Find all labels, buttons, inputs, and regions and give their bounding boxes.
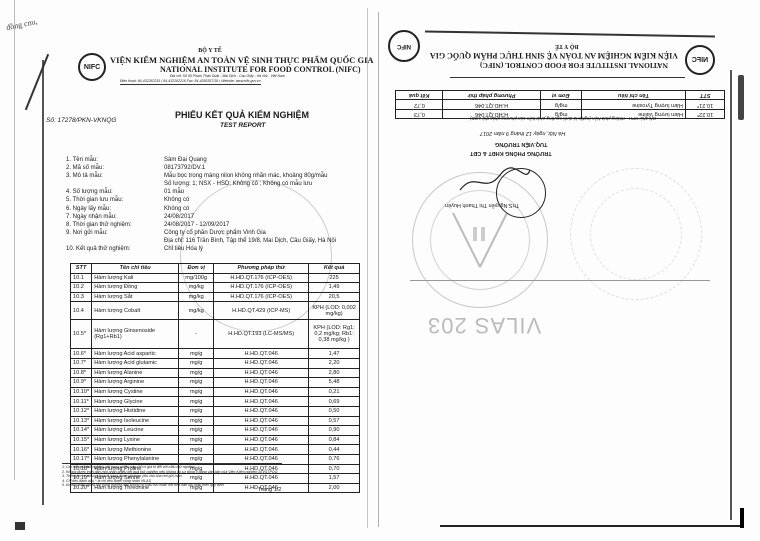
table-cell: Hàm lượng Đồng bbox=[92, 283, 179, 293]
institute-contact: Điện thoại: 84-432262215 / 84-432262216 … bbox=[120, 79, 261, 85]
info-row: 6. Ngày lấy mẫu:Không có bbox=[66, 205, 336, 213]
table-cell: H.HD.QT.046 bbox=[443, 100, 540, 109]
column-header: Phương pháp thử bbox=[443, 91, 540, 100]
table-cell: 2,80 bbox=[309, 368, 360, 378]
table-cell: mg/g bbox=[179, 426, 214, 436]
info-label: 4. Số lượng mẫu: bbox=[66, 188, 164, 196]
table-cell: mg/g bbox=[179, 397, 214, 407]
scan-corner-mark bbox=[740, 508, 744, 528]
table-cell: 10.2 bbox=[71, 283, 92, 293]
official-seal-faded-inner bbox=[590, 188, 682, 280]
page-edge bbox=[440, 525, 740, 527]
table-cell-text: 10.21* bbox=[697, 102, 713, 108]
institute-name-vi: VIỆN KIỂM NGHIỆM AN TOÀN VỆ SINH THỰC PH… bbox=[110, 55, 374, 65]
table-cell: Hàm lượng Acid glutamic bbox=[92, 358, 179, 368]
info-value: Không có bbox=[164, 196, 189, 204]
footnote: Ghi chú: KPH - Không phát hiện (nghĩa là… bbox=[470, 116, 656, 121]
table-cell: 10.14* bbox=[71, 426, 92, 436]
info-row: 2. Mã số mẫu:08173792/DV.1 bbox=[66, 164, 336, 172]
table-cell: mg/kg bbox=[179, 302, 214, 320]
column-header: STT bbox=[685, 91, 724, 100]
page-edge bbox=[14, 0, 15, 480]
table-cell: Hàm lượng Histidine bbox=[92, 406, 179, 416]
column-header: Đơn vị bbox=[540, 91, 582, 100]
table-cell: Hàm lượng Acid aspartic bbox=[92, 349, 179, 359]
report-notes: 1. Các kết quả thử nghiệm ghi trong phiế… bbox=[62, 463, 282, 488]
info-value: 08173792/DV.1 bbox=[164, 164, 205, 172]
info-value: Mẫu bọc trong màng nilon không nhãn mác,… bbox=[164, 172, 327, 180]
table-cell: mg/g bbox=[179, 435, 214, 445]
table-cell: mg/g bbox=[179, 445, 214, 455]
column-header-text: Đơn vị bbox=[552, 92, 569, 98]
info-row: 1. Tên mẫu:Sâm Đại Quang bbox=[66, 156, 336, 164]
table-row: 10.1Hàm lượng Kalimg/100gH.HD.QT.176 (IC… bbox=[71, 273, 360, 283]
table-row: 10.9*Hàm lượng Argininemg/gH.HD.QT.0465,… bbox=[71, 378, 360, 388]
table-cell: 10.11* bbox=[71, 397, 92, 407]
table-cell: Hàm lượng Methionine bbox=[92, 445, 179, 455]
ministry-label: BỘ Y TẾ bbox=[555, 43, 578, 49]
page-edge bbox=[730, 70, 732, 520]
table-cell: H.HD.QT.046 bbox=[214, 416, 309, 426]
table-cell: H.HD.QT.046 bbox=[214, 378, 309, 388]
results-table: STTTên chỉ tiêuĐơn vịPhương pháp thửKết … bbox=[70, 263, 360, 493]
document-number: Số: 17278/PKN-VKNQG bbox=[46, 117, 116, 124]
table-row: 10.12*Hàm lượng Histidinemg/gH.HD.QT.046… bbox=[71, 406, 360, 416]
table-cell: 10.10* bbox=[71, 387, 92, 397]
report-title-vi: PHIẾU KẾT QUẢ KIỂM NGHIỆM bbox=[175, 110, 309, 120]
table-cell: mg/g bbox=[179, 406, 214, 416]
info-value: Chỉ tiêu Hóa lý bbox=[164, 245, 203, 253]
nifc-logo-icon: NIFC bbox=[78, 53, 106, 81]
info-label: 7. Ngày nhận mẫu: bbox=[66, 213, 164, 221]
table-cell: 10.4 bbox=[71, 302, 92, 320]
signer-name: ThS.Nguyễn Thị Thanh Huyền bbox=[445, 202, 519, 208]
table-row: 10.11*Hàm lượng Glycinemg/gH.HD.QT.0460,… bbox=[71, 397, 360, 407]
info-label: 5. Thời gian lưu mẫu: bbox=[66, 196, 164, 204]
table-cell-text: 0,72 bbox=[414, 102, 425, 108]
info-value: Không có bbox=[164, 205, 189, 213]
table-cell: H.HD.QT.046 bbox=[214, 387, 309, 397]
table-cell: H.HD.QT.046 bbox=[214, 358, 309, 368]
report-title-en: TEST REPORT bbox=[220, 122, 265, 129]
column-header: Phương pháp thử bbox=[214, 264, 309, 274]
table-cell: 10.22* bbox=[685, 109, 724, 118]
table-cell: mg/g bbox=[179, 349, 214, 359]
table-cell: Hàm lượng Cystine bbox=[92, 387, 179, 397]
institute-header-mirrored: NIFC BỘ Y TẾ VIỆN KIỂM NGHIỆM AN TOÀN VỆ… bbox=[430, 43, 715, 79]
table-cell: H.HD.QT.046 bbox=[214, 368, 309, 378]
table-cell-text: H.HD.QT.046 bbox=[475, 102, 508, 108]
table-cell: 1,47 bbox=[309, 349, 360, 359]
table-cell: 0,90 bbox=[309, 426, 360, 436]
table-cell: H.HD.QT.193 (LC-MS/MS) bbox=[214, 320, 309, 349]
table-cell: 0,21 bbox=[309, 387, 360, 397]
info-row: 10. Kết quả thử nghiệm:Chỉ tiêu Hóa lý bbox=[66, 245, 336, 253]
table-row: 10.4Hàm lượng Cobaltmg/kgH.HD.QT.429 (IC… bbox=[71, 302, 360, 320]
table-row: 10.13*Hàm lượng Isoleucinemg/gH.HD.QT.04… bbox=[71, 416, 360, 426]
table-row: 10.14*Hàm lượng Leucinemg/gH.HD.QT.0460,… bbox=[71, 426, 360, 436]
table-row: 10.5*Hàm lượng Ginsenoside (Rg1+Rb1)-H.H… bbox=[71, 320, 360, 349]
column-header: Kết quả bbox=[396, 91, 443, 100]
table-cell: 10.9* bbox=[71, 378, 92, 388]
table-cell: 2,00 bbox=[309, 483, 360, 493]
table-cell: Hàm lượng Lysine bbox=[92, 435, 179, 445]
info-value: Sâm Đại Quang bbox=[164, 156, 207, 164]
table-cell: Hàm lượng Leucine bbox=[92, 426, 179, 436]
table-row: 10.6*Hàm lượng Acid asparticmg/gH.HD.QT.… bbox=[71, 349, 360, 359]
info-value: 24/08/2017 bbox=[164, 213, 194, 221]
table-cell-text: mg/g bbox=[555, 102, 567, 108]
results-table-continued: Kết quảPhương pháp thửĐơn vịTên chỉ tiêu… bbox=[395, 90, 725, 119]
table-cell-text: 0,73 bbox=[414, 111, 425, 117]
table-cell: 0,57 bbox=[309, 416, 360, 426]
table-row: 10.15*Hàm lượng Lysinemg/gH.HD.QT.0460,8… bbox=[71, 435, 360, 445]
table-cell: Hàm lượng Cobalt bbox=[92, 302, 179, 320]
info-row: 3. Mô tả mẫu:Mẫu bọc trong màng nilon kh… bbox=[66, 172, 336, 180]
test-report-page-1: NIFC BỘ Y TẾ VIỆN KIỂM NGHIỆM AN TOÀN VỆ… bbox=[20, 40, 355, 480]
column-header: STT bbox=[71, 264, 92, 274]
table-cell: H.HD.QT.046 bbox=[214, 349, 309, 359]
table-cell: 0,76 bbox=[309, 454, 360, 464]
column-header-text: STT bbox=[700, 92, 711, 98]
table-cell: 225 bbox=[309, 273, 360, 283]
info-row: 9. Nơi gửi mẫu:Công ty cổ phần Dược phẩm… bbox=[66, 229, 336, 237]
table-cell: Hàm lượng Alanine bbox=[92, 368, 179, 378]
table-cell: H.HD.QT.046 bbox=[214, 426, 309, 436]
table-cell: 10.8* bbox=[71, 368, 92, 378]
column-header-text: Phương pháp thử bbox=[468, 92, 515, 98]
table-cell: mg/kg bbox=[179, 283, 214, 293]
table-row: 10.3Hàm lượng Sắtmg/kgH.HD.QT.176 (ICP-O… bbox=[71, 292, 360, 302]
table-cell: 1,49 bbox=[309, 283, 360, 293]
table-cell: H.HD.QT.429 (ICP-MS) bbox=[214, 302, 309, 320]
table-cell: H.HD.QT.176 (ICP-OES) bbox=[214, 273, 309, 283]
column-header: Tên chỉ tiêu bbox=[582, 91, 686, 100]
table-cell: 10.7* bbox=[71, 358, 92, 368]
table-cell: H.HD.QT.176 (ICP-OES) bbox=[214, 292, 309, 302]
signer-department: TRƯỞNG PHÒNG KHĐT & CĐT bbox=[470, 150, 552, 156]
table-cell: 0,73 bbox=[396, 109, 443, 118]
table-cell: 10.13* bbox=[71, 416, 92, 426]
table-row: 10.8*Hàm lượng Alaninemg/gH.HD.QT.0462,8… bbox=[71, 368, 360, 378]
table-cell: 0,44 bbox=[309, 445, 360, 455]
table-row: 0,72H.HD.QT.046mg/gHàm lượng Tyrosine10.… bbox=[396, 100, 725, 109]
table-cell-text: 10.22* bbox=[697, 111, 713, 117]
info-value-continued: Địa chỉ: 116 Trần Bình, Tập thể 19/8, Ma… bbox=[66, 237, 336, 245]
table-cell: 0,69 bbox=[309, 397, 360, 407]
signer-title: TUQ.VIỆN TRƯỞNG bbox=[495, 141, 547, 147]
info-label: 6. Ngày lấy mẫu: bbox=[66, 205, 164, 213]
table-cell: 10.15* bbox=[71, 435, 92, 445]
column-header: Tên chỉ tiêu bbox=[92, 264, 179, 274]
table-cell: mg/g bbox=[179, 378, 214, 388]
table-cell: 1,57 bbox=[309, 474, 360, 484]
vilas-label: VILAS 203 bbox=[427, 312, 541, 338]
table-cell: Hàm lượng Ginsenoside (Rg1+Rb1) bbox=[92, 320, 179, 349]
table-cell: 0,72 bbox=[396, 100, 443, 109]
table-row: 10.2Hàm lượng Đồngmg/kgH.HD.QT.176 (ICP-… bbox=[71, 283, 360, 293]
table-cell: Hàm lượng Isoleucine bbox=[92, 416, 179, 426]
info-label: 8. Thời gian thử nghiệm: bbox=[66, 221, 164, 229]
info-value-continued: Số lượng: 1; NSX - HSD: Không có ; Không… bbox=[66, 180, 336, 188]
table-cell: mg/kg bbox=[179, 292, 214, 302]
table-cell: 5,48 bbox=[309, 378, 360, 388]
table-row: 10.7*Hàm lượng Acid glutamicmg/gH.HD.QT.… bbox=[71, 358, 360, 368]
accreditation-triangle-icon bbox=[445, 205, 515, 275]
info-value: Công ty cổ phần Dược phẩm Vinh Gia bbox=[164, 229, 266, 237]
info-label: 10. Kết quả thử nghiệm: bbox=[66, 245, 164, 253]
page-divider bbox=[367, 8, 368, 528]
info-row: 7. Ngày nhận mẫu:24/08/2017 bbox=[66, 213, 336, 221]
header-rule bbox=[450, 77, 685, 78]
table-cell: KPH (LOD: Rg1: 0,2 mg/kg; Rb1: 0,38 mg/k… bbox=[309, 320, 360, 349]
signature-icon bbox=[455, 165, 535, 195]
table-cell: H.HD.QT.046 bbox=[214, 445, 309, 455]
table-cell: mg/g bbox=[179, 387, 214, 397]
table-cell: - bbox=[179, 320, 214, 349]
info-label: 9. Nơi gửi mẫu: bbox=[66, 229, 164, 237]
column-header: Kết quả bbox=[309, 264, 360, 274]
table-cell: mg/g bbox=[540, 100, 582, 109]
info-value: 01 mẫu bbox=[164, 188, 184, 196]
handwritten-note: đồng cnu, bbox=[5, 17, 38, 32]
page-shadow bbox=[738, 75, 744, 120]
note-line: 5. Không nhận khiếu nại trong trường hợp… bbox=[62, 483, 282, 488]
table-cell: mg/g bbox=[179, 416, 214, 426]
table-cell: H.HD.QT.046 bbox=[214, 435, 309, 445]
table-cell: Hàm lượng Sắt bbox=[92, 292, 179, 302]
table-cell: 0,50 bbox=[309, 406, 360, 416]
institute-name-en: NATIONAL INSTITUTE FOR FOOD CONTROL (NIF… bbox=[480, 61, 668, 70]
table-cell: 10.1 bbox=[71, 273, 92, 283]
table-cell: mg/100g bbox=[179, 273, 214, 283]
table-cell: 0,70 bbox=[309, 464, 360, 474]
sample-info: 1. Tên mẫu:Sâm Đại Quang2. Mã số mẫu:081… bbox=[66, 156, 336, 253]
page-edge bbox=[425, 30, 715, 37]
table-cell: 0,84 bbox=[309, 435, 360, 445]
paper-fold bbox=[410, 280, 710, 281]
table-cell: 10.16* bbox=[71, 445, 92, 455]
table-cell: KPH (LOD: 0,002 mg/kg) bbox=[309, 302, 360, 320]
ministry-label: BỘ Y TẾ bbox=[60, 48, 360, 54]
institute-name-vi: VIỆN KIỂM NGHIỆM AN TOÀN VỆ SINH THỰC PH… bbox=[430, 51, 678, 60]
table-cell: mg/g bbox=[179, 368, 214, 378]
nifc-logo-icon: NIFC bbox=[685, 45, 715, 75]
column-header-text: Tên chỉ tiêu bbox=[618, 92, 649, 98]
table-cell: H.HD.QT.176 (ICP-OES) bbox=[214, 283, 309, 293]
info-row: 8. Thời gian thử nghiệm:24/08/2017 - 12/… bbox=[66, 221, 336, 229]
info-row: 4. Số lượng mẫu:01 mẫu bbox=[66, 188, 336, 196]
table-cell-text: Hàm lượng Tyrosine bbox=[632, 102, 683, 108]
scan-corner-mark bbox=[15, 522, 25, 530]
info-row: 5. Thời gian lưu mẫu:Không có bbox=[66, 196, 336, 204]
date-line: Hà Nội, ngày 12 tháng 9 năm 2017 bbox=[480, 130, 565, 136]
table-cell: H.HD.QT.046 bbox=[214, 397, 309, 407]
table-cell: mg/g bbox=[179, 358, 214, 368]
info-label: 1. Tên mẫu: bbox=[66, 156, 164, 164]
info-label: 2. Mã số mẫu: bbox=[66, 164, 164, 172]
column-header: Đơn vị bbox=[179, 264, 214, 274]
info-label: 3. Mô tả mẫu: bbox=[66, 172, 164, 180]
table-row: 10.10*Hàm lượng Cystinemg/gH.HD.QT.0460,… bbox=[71, 387, 360, 397]
table-cell: 10.5* bbox=[71, 320, 92, 349]
table-cell: Hàm lượng Tyrosine bbox=[582, 100, 686, 109]
table-cell: H.HD.QT.046 bbox=[214, 406, 309, 416]
table-cell: Hàm lượng Kali bbox=[92, 273, 179, 283]
table-cell: Hàm lượng Arginine bbox=[92, 378, 179, 388]
table-cell: 2,20 bbox=[309, 358, 360, 368]
table-cell: 20,5 bbox=[309, 292, 360, 302]
institute-address: Địa chỉ: Số 65 Phạm Thận Duật - Mai Dịch… bbox=[170, 74, 285, 78]
table-cell: Hàm lượng Glycine bbox=[92, 397, 179, 407]
page-number: Trang 1/2 bbox=[258, 487, 281, 493]
table-cell: 10.12* bbox=[71, 406, 92, 416]
page-divider bbox=[378, 12, 379, 527]
table-cell: 10.3 bbox=[71, 292, 92, 302]
table-cell: 10.21* bbox=[685, 100, 724, 109]
vilas-mark: VILAS 203 bbox=[427, 312, 541, 338]
nifc-logo-icon: NIFC bbox=[388, 30, 420, 62]
table-row: 10.16*Hàm lượng Methioninemg/gH.HD.QT.04… bbox=[71, 445, 360, 455]
institute-name-en: NATIONAL INSTITUTE FOR FOOD CONTROL (NIF… bbox=[160, 65, 361, 74]
info-value: 24/08/2017 - 12/09/2017 bbox=[164, 221, 229, 229]
table-cell: 10.6* bbox=[71, 349, 92, 359]
column-header-text: Kết quả bbox=[409, 92, 430, 98]
